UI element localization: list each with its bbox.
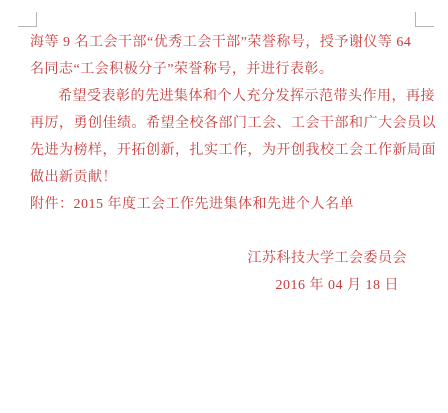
attachment-line: 附件：2015 年度工会工作先进集体和先进个人名单: [30, 191, 422, 218]
signature-organization: 江苏科技大学工会委员会: [30, 245, 422, 272]
body-text-line: 名同志“工会积极分子”荣誉称号，并进行表彰。: [30, 56, 422, 83]
text-boundary-mark-top-right: [415, 12, 434, 27]
body-text-line: 海等 9 名工会干部“优秀工会干部”荣誉称号，授予谢仪等 64: [30, 29, 422, 56]
blank-line: [30, 218, 422, 245]
document-page: 海等 9 名工会干部“优秀工会干部”荣誉称号，授予谢仪等 64 名同志“工会积极…: [0, 0, 448, 413]
text-boundary-mark-top-left: [18, 12, 37, 27]
document-content: 海等 9 名工会干部“优秀工会干部”荣誉称号，授予谢仪等 64 名同志“工会积极…: [30, 29, 422, 299]
signature-date: 2016 年 04 月 18 日: [30, 272, 422, 299]
body-text-line: 希望受表彰的先进集体和个人充分发挥示范带头作用，再接: [30, 83, 422, 110]
body-text-line: 再厉，勇创佳绩。希望全校各部门工会、工会干部和广大会员以: [30, 110, 422, 137]
body-text-line: 先进为榜样，开拓创新，扎实工作，为开创我校工会工作新局面: [30, 137, 422, 164]
body-text-line: 做出新贡献！: [30, 164, 422, 191]
